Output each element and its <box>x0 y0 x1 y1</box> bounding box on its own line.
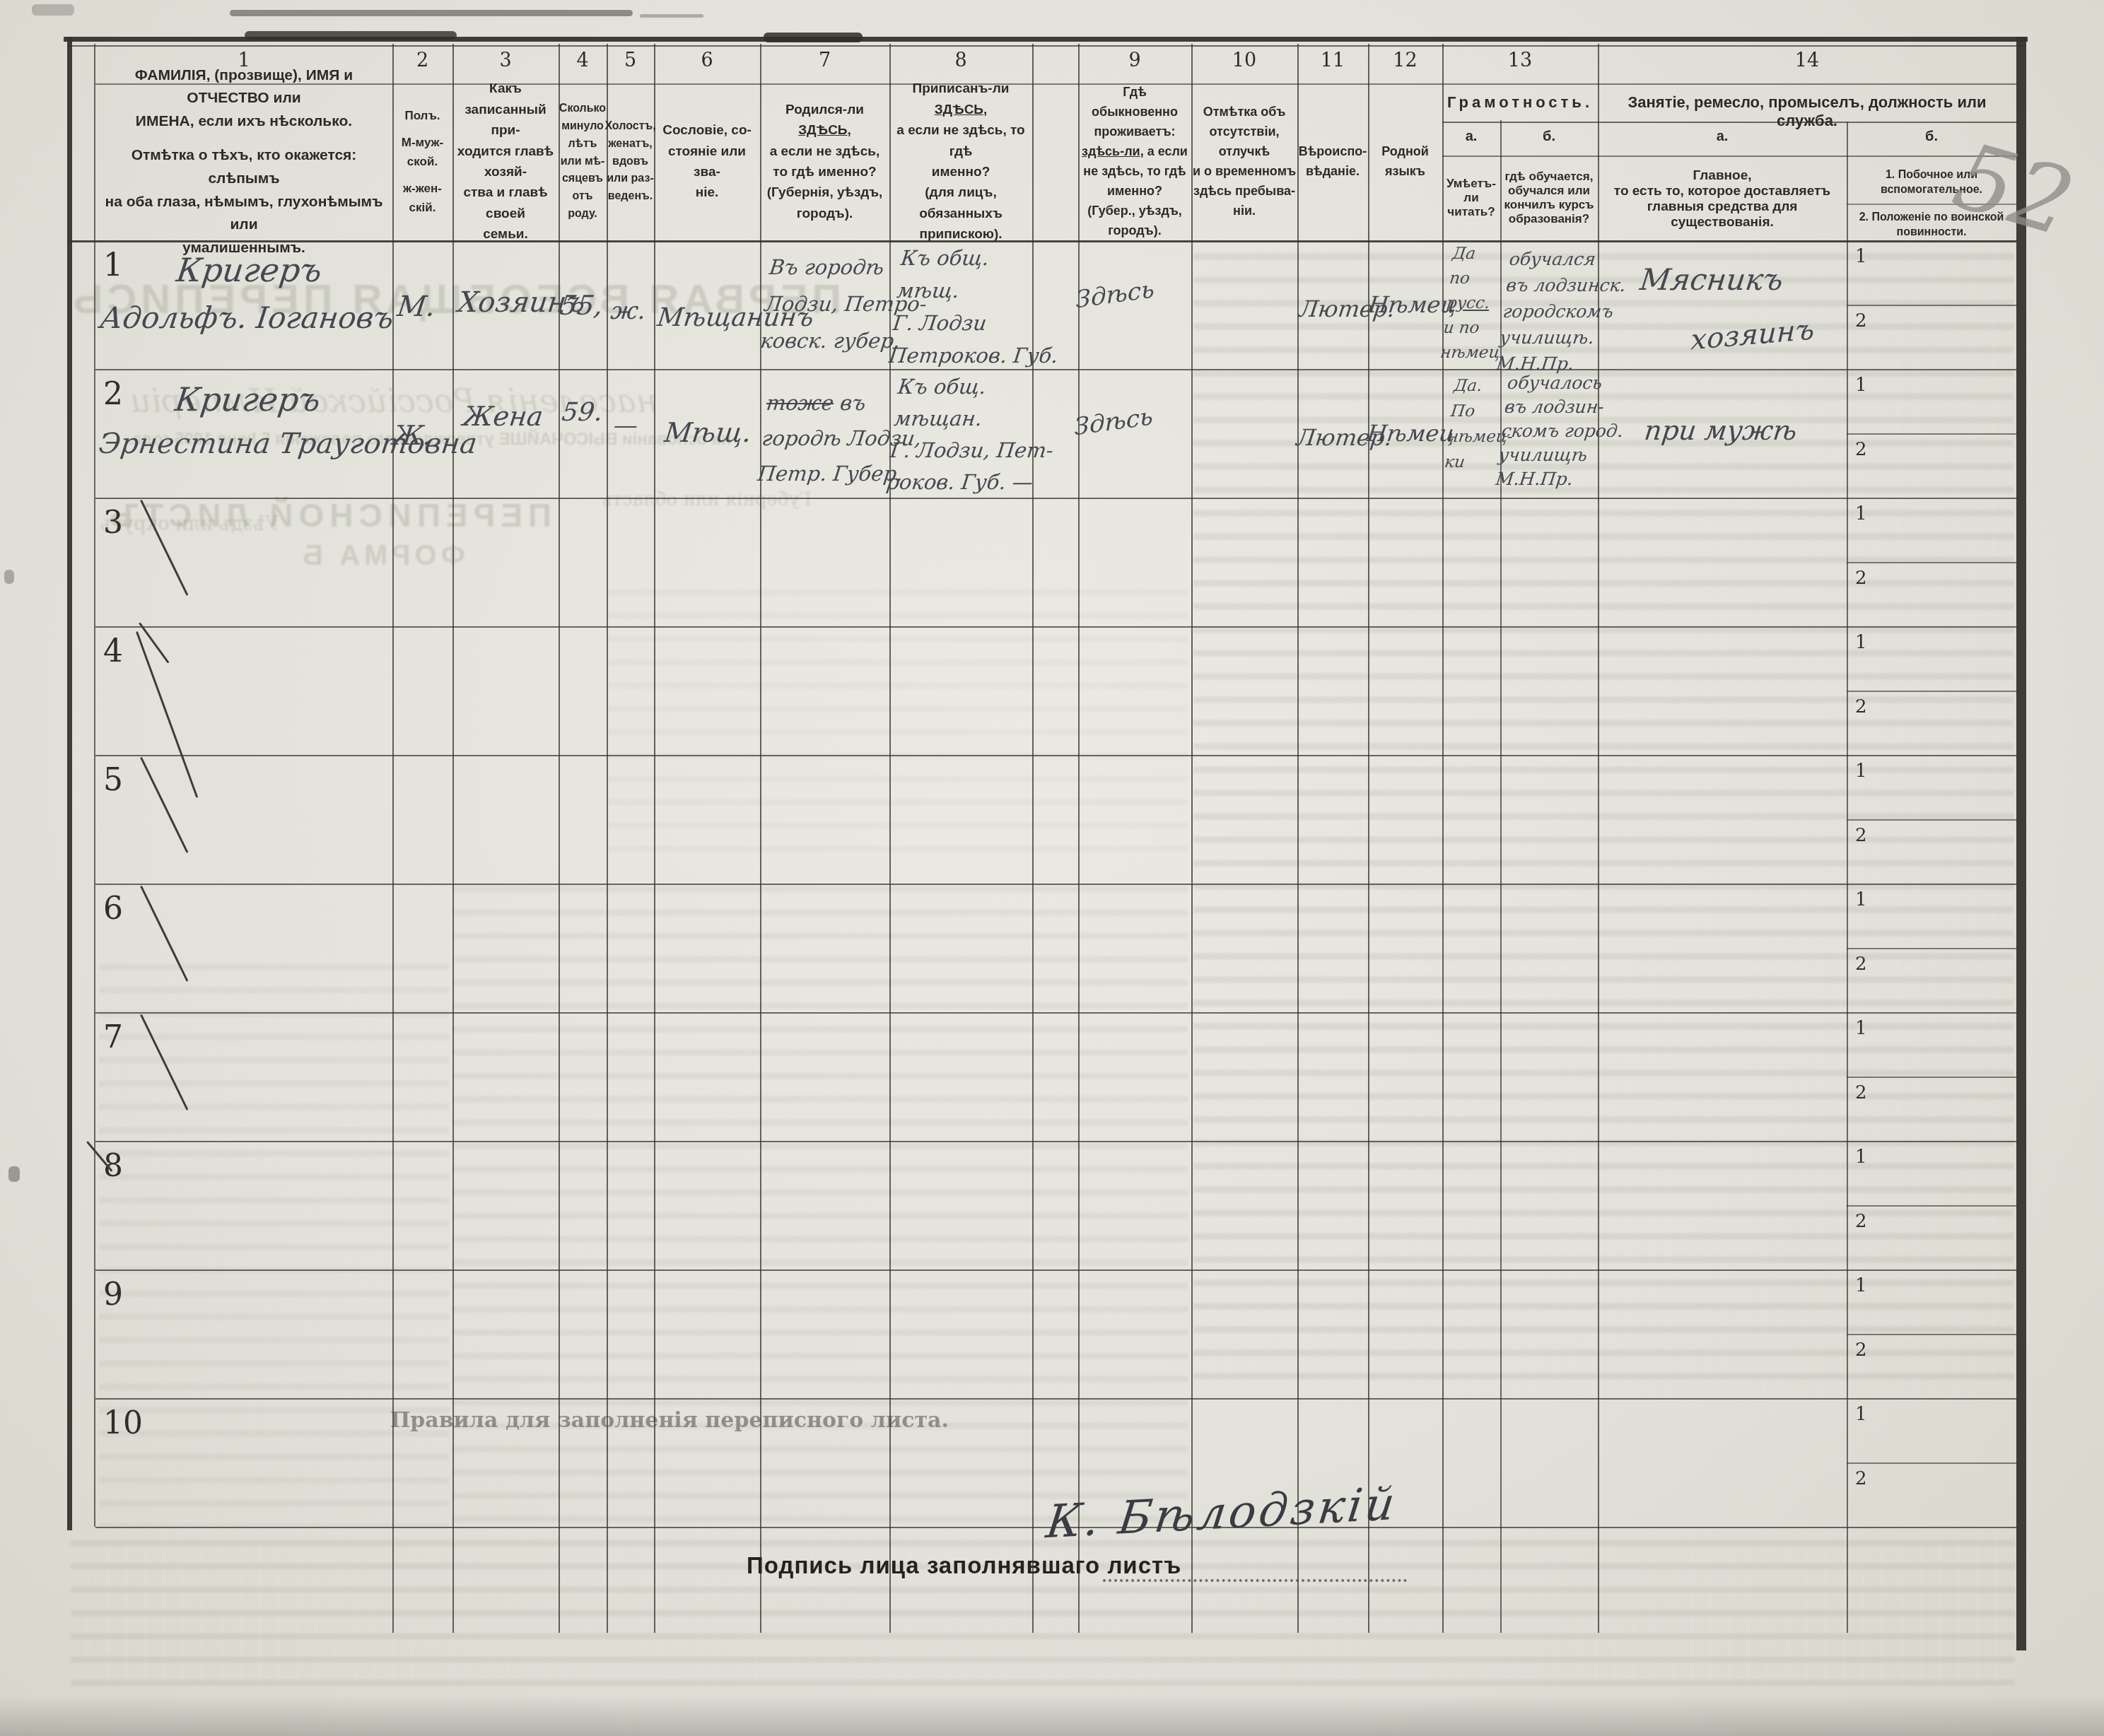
col14-group-header: Занятіе, ремесло, промыселъ, должность и… <box>1598 93 2016 130</box>
scan-edge-mark <box>8 1166 20 1182</box>
grid-line <box>1368 44 1369 1633</box>
col13-group-header: Грамотность. <box>1442 93 1598 112</box>
entry-language-row2: Нѣмец <box>1365 418 1456 448</box>
entry-age-row1: 55, <box>558 288 604 323</box>
subrow-number-1: 1 <box>1855 503 1867 524</box>
subrow-number-2: 2 <box>1855 568 1867 589</box>
pen-slash-row3 <box>140 500 188 596</box>
col-number-3: 3 <box>452 49 559 71</box>
subrow-number-1: 1 <box>1855 889 1867 910</box>
col-header-c8: Приписанъ-ли ЗДѢСЬ,а если не здѣсь, то г… <box>889 85 1032 239</box>
row-number-6: 6 <box>103 891 123 927</box>
grid-line <box>95 1012 2016 1014</box>
grid-line <box>95 755 2016 756</box>
grid-line <box>67 45 2026 47</box>
grid-line <box>1297 44 1299 1633</box>
subrow-number-2: 2 <box>1855 1082 1867 1103</box>
pen-slash-row5 <box>140 757 188 853</box>
col-number-7: 7 <box>760 49 889 71</box>
row-number-4: 4 <box>103 633 123 669</box>
grid-line <box>1847 122 1848 1633</box>
col-number-9: 9 <box>1078 49 1191 71</box>
grid-line <box>559 44 560 1633</box>
entry-marital-row2: — <box>612 410 639 441</box>
grid-line <box>1442 44 1444 1633</box>
grid-line <box>1078 44 1080 1633</box>
grid-line <box>1442 122 1598 123</box>
grid-line <box>1847 1077 2016 1078</box>
row-number-3: 3 <box>103 505 123 541</box>
grid-line <box>1847 1205 2016 1207</box>
pen-slash-row7 <box>140 1014 188 1110</box>
entry-residence-row1: Здѣсь <box>1075 274 1155 316</box>
pen-slash-row4 <box>136 631 198 798</box>
grid-line <box>392 44 394 1633</box>
entry-surname-row2: Кригеръ <box>173 378 323 421</box>
scan-edge-mark <box>764 33 863 42</box>
col13a-header: Умѣетъ-личитать? <box>1442 158 1500 237</box>
subrow-number-2: 2 <box>1855 439 1867 460</box>
scan-edge-mark <box>640 14 703 18</box>
subrow-number-1: 1 <box>1855 1018 1867 1039</box>
subrow-number-2: 2 <box>1855 1339 1867 1361</box>
grid-line <box>452 44 454 1633</box>
col-number-14: 14 <box>1598 49 2016 71</box>
scan-edge-mark <box>4 570 14 584</box>
subrow-number-1: 1 <box>1855 375 1867 396</box>
entry-sex-row2: Ж. <box>391 418 434 453</box>
pen-slash-row6 <box>140 886 188 982</box>
col-number-12: 12 <box>1368 49 1442 71</box>
entry-age-row2: 59. <box>560 396 604 429</box>
entry-occupation-row1: хозяинъ <box>1690 312 1815 359</box>
scan-edge-mark <box>230 10 633 16</box>
grid-line <box>1847 433 2016 435</box>
census-sheet-scan: ПЕРВАЯ ВСЕОБЩАЯ ПЕРЕПИСЬ населенія Россі… <box>0 0 2104 1736</box>
grid-line <box>95 1398 2016 1400</box>
grid-line <box>95 884 2016 885</box>
census-table: 1234567891011121314ФАМИЛІЯ, (прозвище), … <box>0 0 2104 1736</box>
col13a-label: а. <box>1442 129 1500 145</box>
row-number-5: 5 <box>103 762 123 798</box>
subrow-number-1: 1 <box>1855 1275 1867 1296</box>
grid-line <box>1847 691 2016 692</box>
col-number-6: 6 <box>654 49 760 71</box>
col-number-5: 5 <box>607 49 654 71</box>
col-number-4: 4 <box>559 49 607 71</box>
grid-line <box>1847 948 2016 949</box>
col-header-c10: Отмѣтка объотсутствіи, отлучкѣи о времен… <box>1191 85 1297 239</box>
grid-line <box>760 44 761 1633</box>
col-number-2: 2 <box>392 49 452 71</box>
grid-line <box>1598 122 2016 123</box>
col-number-13: 13 <box>1442 49 1598 71</box>
subrow-number-1: 1 <box>1855 246 1867 267</box>
col13b-label: б. <box>1500 129 1598 145</box>
entry-given-name-row1: Адольфъ. Іогановъ <box>98 298 396 337</box>
signature-dotted-line <box>1103 1561 1407 1582</box>
subrow-number-2: 2 <box>1855 310 1867 332</box>
col-header-c12: Роднойязыкъ <box>1368 85 1442 239</box>
subrow-number-1: 1 <box>1855 1404 1867 1425</box>
row-number-2: 2 <box>103 376 123 412</box>
entry-sex-row1: М. <box>395 288 438 325</box>
subrow-number-2: 2 <box>1855 696 1867 717</box>
col-header-c6: Сословіе, со-стояніе или зва-ніе. <box>654 85 760 239</box>
grid-line <box>1847 1462 2016 1464</box>
subrow-number-2: 2 <box>1855 825 1867 846</box>
row-number-10: 10 <box>103 1405 143 1441</box>
grid-line <box>95 498 2016 499</box>
grid-line <box>95 626 2016 628</box>
subrow-number-1: 1 <box>1855 761 1867 782</box>
grid-line <box>2016 37 2026 1650</box>
subrow-number-2: 2 <box>1855 1211 1867 1232</box>
entry-marital-row1: ж. <box>609 295 648 327</box>
grid-line <box>94 44 95 1527</box>
col-number-10: 10 <box>1191 49 1297 71</box>
col-header-c5: Холостъ,женатъ,вдовъили раз-веденъ. <box>607 85 654 239</box>
scan-bottom-shadow <box>0 1695 2104 1736</box>
col-header-c3: Какъ записанный при-ходится главѣ хозяй-… <box>452 85 559 239</box>
entry-residence-row2: Здѣсь <box>1074 401 1153 443</box>
col-number-8: 8 <box>889 49 1032 71</box>
pen-slash-row4 <box>139 622 170 663</box>
entry-education-row2: обучалосьвъ лодзин-скомъ город.училищѣМ.… <box>1495 371 1631 491</box>
entry-registration-row2: Къ общ.мѣщан.Г. Лодзи, Пет-роков. Губ. — <box>884 371 1063 498</box>
col-header-c4: Сколькоминулолѣтъили мѣ-сяцевъотъ роду. <box>559 85 607 239</box>
grid-line <box>1847 1334 2016 1335</box>
grid-line <box>67 37 72 1530</box>
scan-edge-mark <box>32 4 74 16</box>
grid-line <box>1847 305 2016 306</box>
entry-occupation-row2: при мужѣ <box>1642 414 1799 448</box>
grid-line <box>1598 156 2016 157</box>
col13b-header: гдѣ обучается,обучался иликончилъ курсъо… <box>1500 158 1598 237</box>
subrow-number-2: 2 <box>1855 1468 1867 1489</box>
grid-line <box>95 1141 2016 1142</box>
grid-line <box>607 44 608 1633</box>
entry-surname-row1: Кригеръ <box>174 249 325 291</box>
row-number-7: 7 <box>103 1019 123 1055</box>
scan-edge-mark <box>245 31 457 40</box>
subrow-number-1: 1 <box>1855 1146 1867 1168</box>
entry-education-row1: обучалсявъ лодзинск.городскомъучилищѣ.М.… <box>1495 246 1631 377</box>
grid-line <box>95 1269 2016 1271</box>
entry-estate-row2: Мѣщ. <box>662 416 754 450</box>
subrow-number-1: 1 <box>1855 632 1867 653</box>
col-header-c9: Гдѣ обыкновеннопроживаетъ:здѣсь-ли, а ес… <box>1078 85 1191 239</box>
grid-line <box>1847 819 2016 821</box>
entry-relation-row2: Жена <box>461 399 545 434</box>
col14a-header: Главное,то есть то, которое доставляетъг… <box>1598 161 1847 237</box>
grid-line <box>1442 156 1598 157</box>
col14a-label: а. <box>1598 129 1847 145</box>
col-header-c2: Полъ.М-муж-ской.ж-жен-скій. <box>392 85 452 239</box>
entry-registration-row1: Къ общ.мѣщ.Г. ЛодзиПетроков. Губ. <box>887 242 1073 372</box>
grid-line <box>1847 562 2016 563</box>
row-number-1: 1 <box>103 247 123 283</box>
grid-line <box>1191 44 1193 1633</box>
col-header-c11: Вѣроиспо-вѣданіе. <box>1297 85 1368 239</box>
col-header-c7: Родился-ли ЗДѢСЬ,а если не здѣсь,то гдѣ … <box>760 85 889 239</box>
col-number-11: 11 <box>1297 49 1368 71</box>
entry-occupation-row1: Мясникъ <box>1638 260 1786 299</box>
subrow-number-2: 2 <box>1855 954 1867 975</box>
col-header-c1: ФАМИЛІЯ, (прозвище), ИМЯ и ОТЧЕСТВО илиИ… <box>95 85 392 239</box>
row-number-9: 9 <box>103 1277 123 1313</box>
grid-line <box>654 44 655 1633</box>
